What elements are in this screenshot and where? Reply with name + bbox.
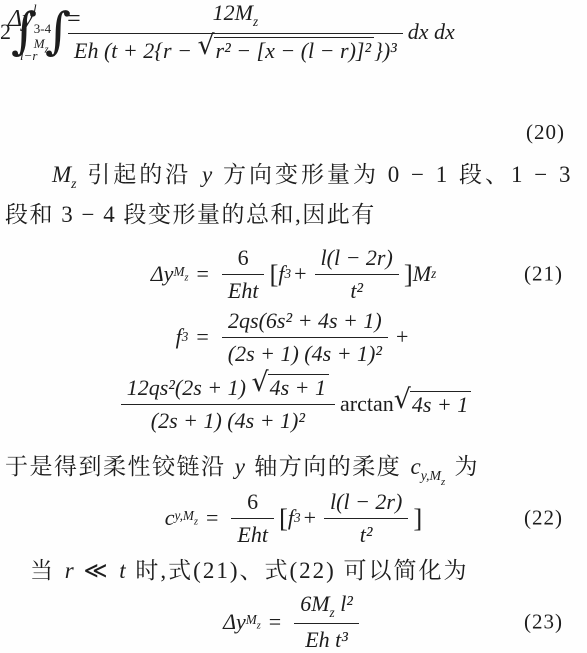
eq23-equals-sign: = xyxy=(269,609,281,635)
para1-var-M-sub: z xyxy=(71,176,76,191)
eq21-left-bracket: [ xyxy=(269,259,278,290)
integral-icon: ∫ xyxy=(45,2,71,60)
para2-text3: 为 xyxy=(447,454,479,479)
eq22-frac2-num: l(l − 2r) xyxy=(324,489,408,519)
eq23-row: ΔyMz = 6Mz l² Eh t³ (23) xyxy=(0,592,587,652)
eq21-lhs-base: Δy xyxy=(151,261,174,287)
eq20-integral-lower-limit: l−r xyxy=(20,48,37,64)
eqf3-frac2-den: (2s + 1) (4s + 1)² xyxy=(121,405,335,434)
paragraph2: 于是得到柔性铰链沿 y 轴方向的柔度 cy,Mz 为 xyxy=(5,448,479,488)
eq21-plus-sign: + xyxy=(294,261,306,287)
eq21-fraction2: l(l − 2r) t² xyxy=(315,245,399,304)
eq22-lhs-sub-sub: z xyxy=(194,517,198,528)
para2-text1: 于是得到柔性铰链沿 xyxy=(5,454,233,479)
eq20-radical: √r² − [x − (l − r)]² xyxy=(197,37,374,64)
para3-var-r: r xyxy=(65,558,74,583)
eqf3-frac1-num: 2qs(6s² + 4s + 1) xyxy=(222,308,388,338)
eqf3-lhs-sub: 3 xyxy=(182,329,189,345)
eq20-differential: dx dx xyxy=(408,19,455,45)
eq22-equals-sign: = xyxy=(206,505,218,531)
eq21-lhs-sub-main: M xyxy=(173,264,184,279)
para2-var-c-sub-sub: z xyxy=(441,476,445,488)
para2-var-c-main: c xyxy=(410,454,420,479)
eq20-inner-integral: ∫ xyxy=(45,1,63,63)
eq20-integral-upper-limit: l xyxy=(33,1,37,17)
eq21-f3-sub: 3 xyxy=(285,266,292,282)
eq23-lhs-sub-main: M xyxy=(246,612,257,627)
eq20-fraction: 12Mz Eh (t + 2{r − √r² − [x − (l − r)]²}… xyxy=(68,0,403,64)
eqf3-arctan-radicand: 4s + 1 xyxy=(410,391,471,418)
eqf3-frac2-num-pre: 12qs²(2s + 1) xyxy=(127,375,252,400)
eqf3-arctan-label: arctan xyxy=(340,391,394,417)
eq21-right-bracket: ] xyxy=(404,259,413,290)
para3-much-less-sign: ≪ xyxy=(76,558,118,583)
eq20-fraction-numerator: 12Mz xyxy=(68,0,403,34)
eq23-frac-den: Eh t³ xyxy=(294,624,359,653)
eq21-frac1-den: Eht xyxy=(222,275,265,304)
eq22-lhs-sub-main: y,M xyxy=(175,508,194,523)
eq20-denominator-post: })³ xyxy=(374,38,397,63)
eqf3-plus-sign: + xyxy=(396,324,408,350)
eq22-row: cy,Mz = 6 Eht [f3 + l(l − 2r) t² ] (22) xyxy=(0,488,587,548)
eq22-frac1-den: Eht xyxy=(231,519,274,548)
eq21-lhs-sub: Mz xyxy=(173,264,188,284)
eq22-fraction1: 6 Eht xyxy=(231,489,274,548)
paragraph3: 当 r ≪ t 时,式(21)、式(22) 可以简化为 xyxy=(30,552,469,585)
para1-var-M: Mz xyxy=(52,162,77,187)
eq21-frac1-num: 6 xyxy=(222,245,265,275)
eq22-lhs-base: c xyxy=(165,505,175,531)
eq21-frac2-num: l(l − 2r) xyxy=(315,245,399,275)
eq23-num-main: 6M xyxy=(300,591,329,616)
eq23-lhs-sub: Mz xyxy=(246,612,261,632)
eq20-number: (20) xyxy=(526,120,565,145)
eq22-f3-sub: 3 xyxy=(294,510,301,526)
eqf3-arctan-radical: √4s + 1 xyxy=(394,391,472,418)
eqf3-line1: f3 = 2qs(6s² + 4s + 1) (2s + 1) (4s + 1)… xyxy=(0,306,587,368)
eq21-frac2-den: t² xyxy=(315,275,399,304)
eq21-tail-main: M xyxy=(413,261,431,287)
radical-icon: √ xyxy=(251,370,268,397)
eqf3-frac2-num: 12qs²(2s + 1) √4s + 1 xyxy=(121,374,335,405)
eq20-numerator-main: 12M xyxy=(213,0,253,25)
eqf3-fraction1: 2qs(6s² + 4s + 1) (2s + 1) (4s + 1)² xyxy=(222,308,388,367)
eq23-lhs-base: Δy xyxy=(223,609,246,635)
eq23-fraction: 6Mz l² Eh t³ xyxy=(294,591,359,653)
paper-page: Δy3-4Mz = 2 ∫ l l−r ∫ 12Mz Eh (t + 2{r −… xyxy=(0,0,587,653)
eq21-number: (21) xyxy=(524,262,563,287)
eq22-left-bracket: [ xyxy=(279,503,288,534)
para3-text2: 时,式(21)、式(22) 可以简化为 xyxy=(128,558,469,583)
eqf3-frac1-den: (2s + 1) (4s + 1)² xyxy=(222,338,388,367)
eqf3-num-radical: √4s + 1 xyxy=(251,374,329,401)
para3-var-t: t xyxy=(119,558,125,583)
eq21-lhs-sub-sub: z xyxy=(184,273,188,284)
eq23-number: (23) xyxy=(524,610,563,635)
para2-var-c-sub: y,Mz xyxy=(421,468,446,483)
eq22-plus-sign: + xyxy=(304,505,316,531)
paragraph1-line2: 段和 3 − 4 段变形量的总和,因此有 xyxy=(5,196,376,229)
eq20-denominator-pre: Eh (t + 2{r − xyxy=(74,38,197,63)
eq21-equals-sign: = xyxy=(196,261,208,287)
eqf3-line2: 12qs²(2s + 1) √4s + 1 (2s + 1) (4s + 1)²… xyxy=(0,370,587,438)
eqf3-fraction2: 12qs²(2s + 1) √4s + 1 (2s + 1) (4s + 1)² xyxy=(121,374,335,434)
para1-var-M-main: M xyxy=(52,162,71,187)
eq20-numerator-sub: z xyxy=(253,14,258,29)
eq23-frac-num: 6Mz l² xyxy=(294,591,359,625)
para3-text1: 当 xyxy=(30,558,63,583)
para1-var-y: y xyxy=(202,162,212,187)
eq22-right-bracket: ] xyxy=(413,503,422,534)
para2-var-c: cy,Mz xyxy=(410,454,445,479)
para1-text2: 方向变形量为 0 − 1 段、1 − 3 xyxy=(214,162,573,187)
para2-var-c-sub-main: y,M xyxy=(421,468,441,483)
eq20-outer-integral: ∫ l l−r xyxy=(11,1,45,63)
eq20-fraction-denominator: Eh (t + 2{r − √r² − [x − (l − r)]²})³ xyxy=(68,34,403,64)
eq22-number: (22) xyxy=(524,506,563,531)
para2-var-y: y xyxy=(235,454,245,479)
para2-text2: 轴方向的柔度 xyxy=(247,454,409,479)
eq23-num-tail: l² xyxy=(335,591,353,616)
eq22-lhs-sub: y,Mz xyxy=(175,508,198,528)
eq21-row: ΔyMz = 6 Eht [f3 + l(l − 2r) t² ]Mz (21) xyxy=(0,244,587,304)
eqf3-num-radicand: 4s + 1 xyxy=(268,374,329,401)
eq20-radicand: r² − [x − (l − r)]² xyxy=(214,37,375,64)
eq23-lhs-sub-sub: z xyxy=(257,621,261,632)
para1-text1: 引起的沿 xyxy=(79,162,201,187)
paragraph1-line1: Mz 引起的沿 y 方向变形量为 0 − 1 段、1 − 3 xyxy=(50,156,573,192)
eq21-fraction1: 6 Eht xyxy=(222,245,265,304)
eq22-frac2-den: t² xyxy=(324,519,408,548)
eqf3-equals-sign: = xyxy=(196,324,208,350)
radical-icon: √ xyxy=(197,33,214,60)
eq22-frac1-num: 6 xyxy=(231,489,274,519)
eq21-tail-sub: z xyxy=(431,266,436,282)
radical-icon: √ xyxy=(394,387,411,414)
eq22-fraction2: l(l − 2r) t² xyxy=(324,489,408,548)
